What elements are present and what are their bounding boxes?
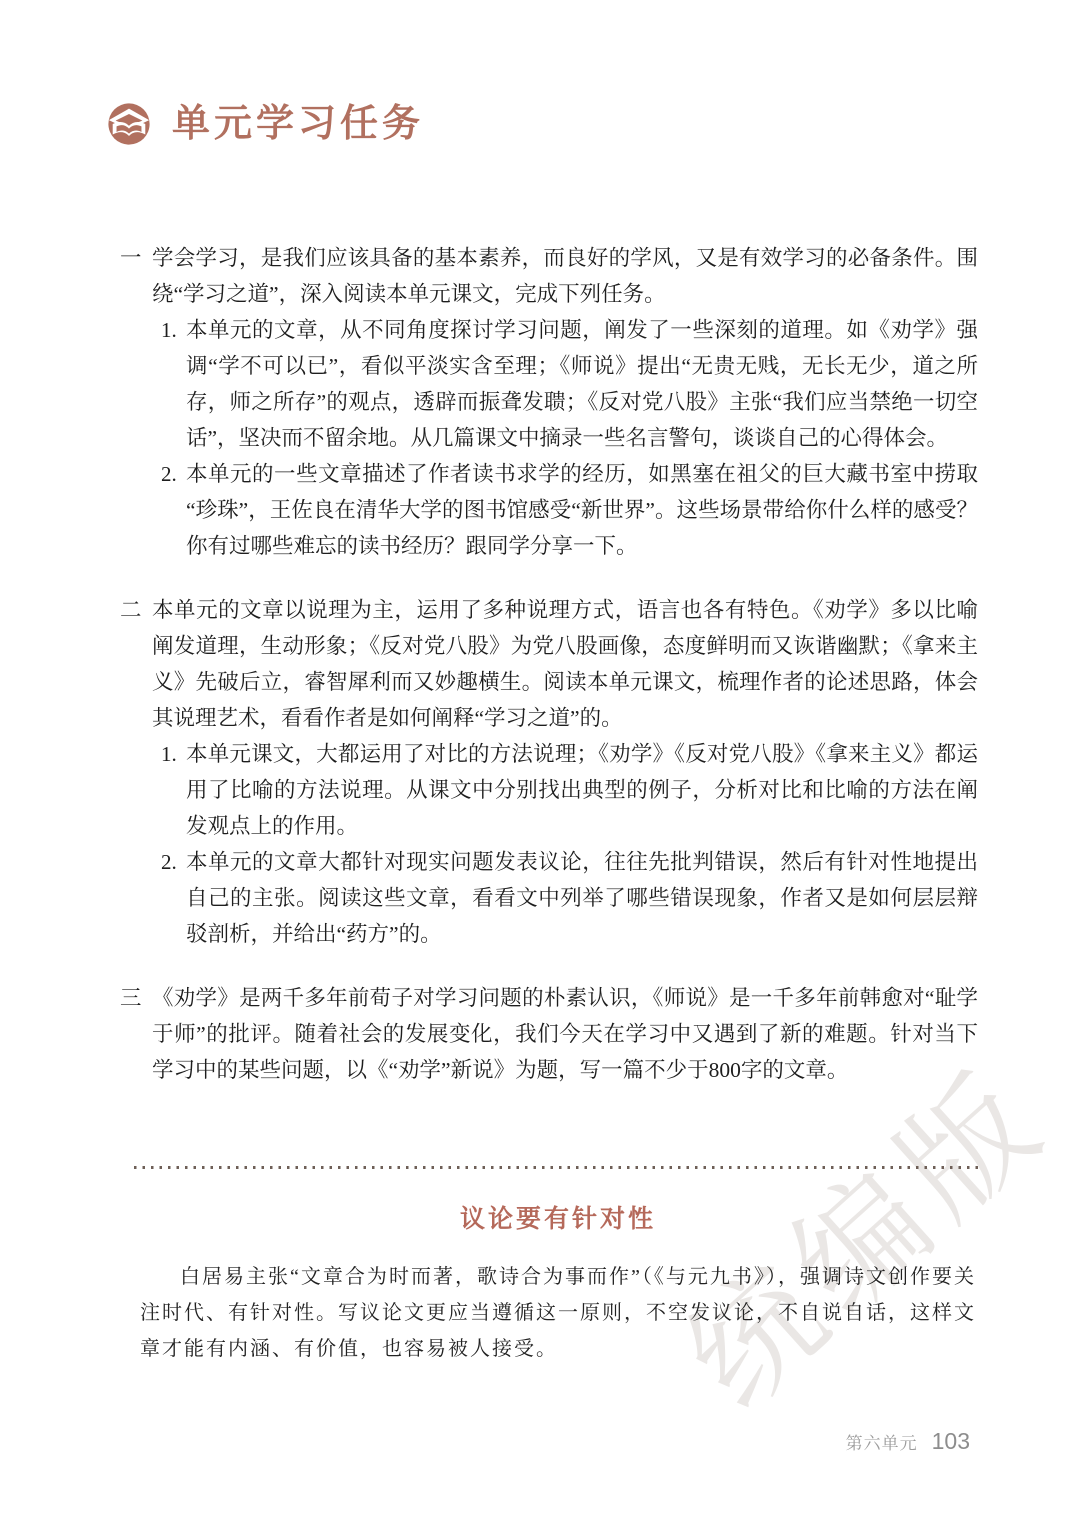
task-section-three: 三 《劝学》是两千多年前荀子对学习问题的朴素认识，《师说》是一千多年前韩愈对“耻…	[120, 980, 978, 1088]
page-number: 103	[932, 1428, 970, 1455]
task-item-text: 本单元的文章，从不同角度探讨学习问题，阐发了一些深刻的道理。如《劝学》强调“学不…	[186, 312, 978, 456]
task-list: 一 学会学习，是我们应该具备的基本素养，而良好的学风，又是有效学习的必备条件。围…	[120, 240, 978, 1116]
section-body: 《劝学》是两千多年前荀子对学习问题的朴素认识，《师说》是一千多年前韩愈对“耻学于…	[152, 980, 978, 1088]
task-item-text: 本单元的一些文章描述了作者读书求学的经历，如黑塞在祖父的巨大藏书室中捞取“珍珠”…	[186, 456, 978, 564]
section-intro: 学会学习，是我们应该具备的基本素养，而良好的学风，又是有效学习的必备条件。围绕“…	[152, 240, 978, 312]
guide-title: 议论要有针对性	[128, 1199, 988, 1235]
section-intro: 本单元的文章以说理为主，运用了多种说理方式，语言也各有特色。《劝学》多以比喻阐发…	[152, 592, 978, 736]
page-footer: 第六单元 103	[846, 1428, 970, 1455]
task-item-number: 2.	[161, 844, 186, 952]
task-item: 1. 本单元课文，大都运用了对比的方法说理；《劝学》《反对党八股》《拿来主义》都…	[161, 736, 978, 844]
dotted-divider	[134, 1166, 982, 1169]
task-item-text: 本单元的文章大都针对现实问题发表议论，往往先批判错误，然后有针对性地提出自己的主…	[186, 844, 978, 952]
section-marker: 一	[120, 240, 152, 564]
unit-tasks-header: 单元学习任务	[106, 98, 424, 150]
page-title: 单元学习任务	[172, 105, 424, 143]
task-item-number: 2.	[161, 456, 186, 564]
section-body: 本单元的文章以说理为主，运用了多种说理方式，语言也各有特色。《劝学》多以比喻阐发…	[152, 592, 978, 952]
writing-guide-box: 议论要有针对性 白居易主张“文章合为时而著，歌诗合为事而作”（《与元九书》），强…	[128, 1166, 988, 1367]
task-item-number: 1.	[161, 736, 186, 844]
open-book-logo-icon	[106, 101, 152, 147]
task-item: 1. 本单元的文章，从不同角度探讨学习问题，阐发了一些深刻的道理。如《劝学》强调…	[161, 312, 978, 456]
task-item-number: 1.	[161, 312, 186, 456]
section-body: 学会学习，是我们应该具备的基本素养，而良好的学风，又是有效学习的必备条件。围绕“…	[152, 240, 978, 564]
section-intro: 《劝学》是两千多年前荀子对学习问题的朴素认识，《师说》是一千多年前韩愈对“耻学于…	[152, 980, 978, 1088]
textbook-page: 统编版 单元学习任务 一 学会学习，是我们应该具备的基本素养，而良好的学风，又是…	[0, 0, 1080, 1527]
section-marker: 三	[120, 980, 152, 1088]
task-section-one: 一 学会学习，是我们应该具备的基本素养，而良好的学风，又是有效学习的必备条件。围…	[120, 240, 978, 564]
task-item: 2. 本单元的一些文章描述了作者读书求学的经历，如黑塞在祖父的巨大藏书室中捞取“…	[161, 456, 978, 564]
section-marker: 二	[120, 592, 152, 952]
task-section-two: 二 本单元的文章以说理为主，运用了多种说理方式，语言也各有特色。《劝学》多以比喻…	[120, 592, 978, 952]
task-item-text: 本单元课文，大都运用了对比的方法说理；《劝学》《反对党八股》《拿来主义》都运用了…	[186, 736, 978, 844]
unit-label: 第六单元	[846, 1429, 918, 1454]
guide-paragraph: 白居易主张“文章合为时而著，歌诗合为事而作”（《与元九书》），强调诗文创作要关注…	[140, 1259, 976, 1367]
task-item: 2. 本单元的文章大都针对现实问题发表议论，往往先批判错误，然后有针对性地提出自…	[161, 844, 978, 952]
